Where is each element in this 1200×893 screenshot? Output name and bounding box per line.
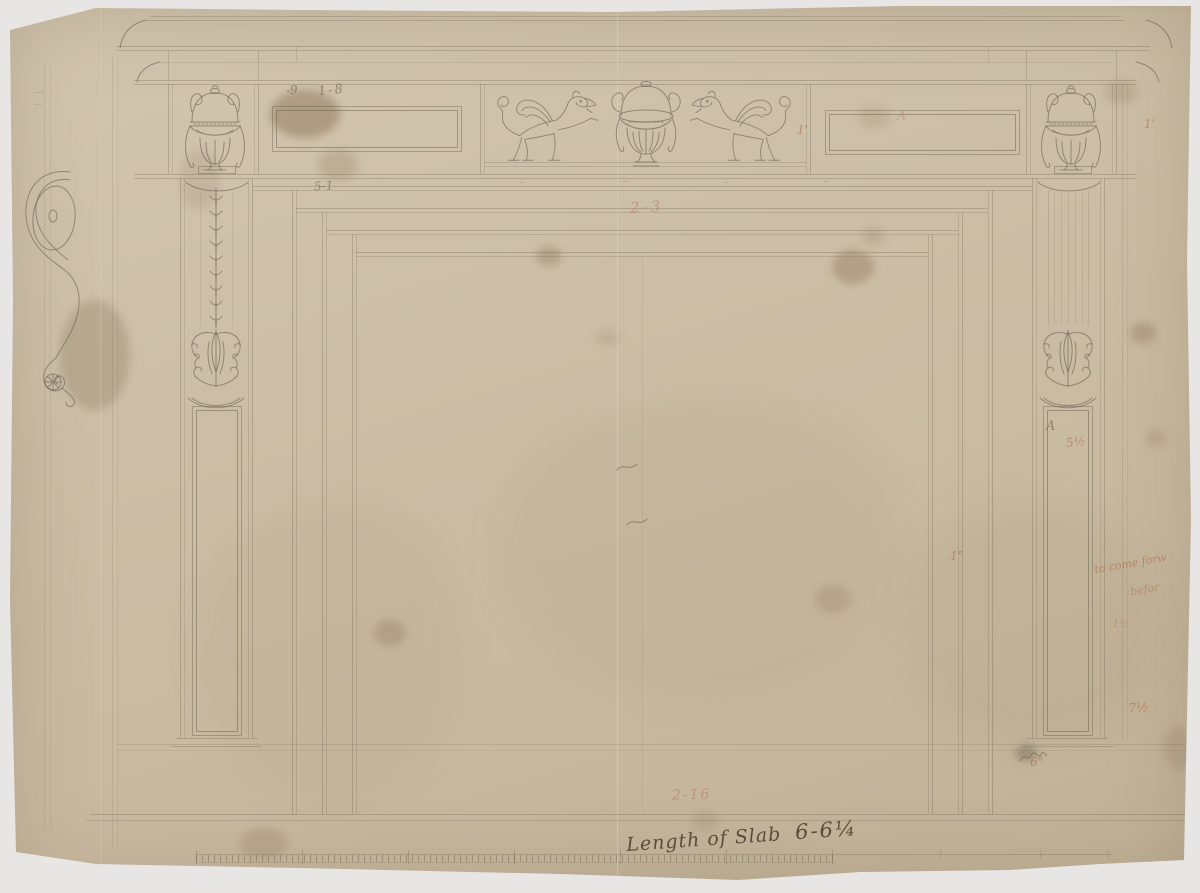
pilaster-panel-right	[1047, 410, 1089, 732]
center-urn-icon	[606, 76, 686, 168]
drawing-line	[832, 850, 833, 864]
drawing-line	[34, 92, 44, 93]
drawing-line	[480, 84, 481, 174]
drawing-line	[326, 234, 958, 235]
pilaster-panel-left	[196, 410, 238, 732]
drawing-line	[992, 190, 993, 814]
drawing-line	[252, 186, 1032, 187]
urn-pedestal-left	[198, 166, 236, 174]
artwork-canvas: -9 1-8 5-1 2-3 1' A 1' A 5½ 1° to come f…	[0, 0, 1200, 893]
drawing-line	[196, 862, 836, 863]
drawing-line	[988, 190, 989, 814]
drawing-line	[622, 181, 627, 182]
annotation-measure: 2-16	[672, 787, 712, 802]
cornice-end-curve-icon	[118, 20, 146, 48]
drawing-line	[184, 178, 185, 738]
annotation-measure: 1'	[797, 124, 808, 136]
frieze-panel-left	[276, 110, 458, 148]
console-scroll-icon	[16, 166, 94, 406]
cornice-end-curve-icon	[1146, 20, 1174, 48]
annotation-measure: 1½	[1112, 618, 1130, 629]
drawing-line	[1054, 192, 1055, 324]
drawing-line	[600, 6, 606, 7]
drawing-line	[302, 850, 303, 864]
drawing-line	[168, 84, 169, 174]
drawing-line	[1048, 190, 1049, 326]
drawing-line	[117, 56, 118, 846]
drawing-line	[1082, 192, 1083, 324]
drawing-line	[170, 746, 262, 747]
drawing-line	[1104, 178, 1105, 738]
drawing-line	[1108, 850, 1109, 860]
drawing-line	[326, 230, 958, 231]
drawing-line	[724, 182, 728, 183]
drawing-line	[1026, 738, 1108, 739]
inscription-value: 6-6¼	[794, 816, 858, 844]
annotation-measure: 5½	[1065, 435, 1085, 449]
drawing-line	[254, 84, 255, 174]
annotation-measure: 1'	[1144, 118, 1155, 130]
drawing-line	[252, 190, 1032, 191]
chimneypiece-elevation-drawing: -9 1-8 5-1 2-3 1' A 1' A 5½ 1° to come f…	[0, 0, 1200, 893]
drawing-line	[112, 56, 113, 846]
drawing-line	[356, 252, 928, 253]
drawing-line	[1100, 178, 1101, 738]
red-squiggle-icon	[615, 460, 639, 474]
drawing-line	[408, 850, 409, 864]
red-squiggle-icon	[625, 515, 649, 529]
drawing-line	[1032, 178, 1033, 738]
drawing-line	[134, 174, 1136, 175]
drawing-line	[86, 820, 1188, 821]
drawing-line	[1026, 50, 1027, 80]
drawing-line	[1061, 192, 1062, 324]
annotation-letter: A	[1046, 420, 1055, 433]
drawing-line	[296, 46, 297, 62]
drawing-line	[116, 744, 1186, 745]
griffin-left-icon	[490, 86, 620, 166]
drawing-line	[988, 46, 989, 62]
drawing-line	[168, 50, 169, 80]
drawing-line	[1068, 192, 1069, 324]
annotation-measure: 6°	[1030, 756, 1044, 768]
pilaster-urn-right-icon	[1036, 84, 1106, 172]
drawing-line	[932, 234, 933, 814]
drawing-line	[180, 178, 181, 738]
paper-sheet: -9 1-8 5-1 2-3 1' A 1' A 5½ 1° to come f…	[0, 0, 1200, 893]
scale-bar-ticks	[196, 855, 836, 862]
drawing-line	[90, 814, 1186, 815]
drawing-line	[326, 212, 327, 814]
annotation-measure: 1°	[950, 550, 964, 562]
drawing-line	[928, 234, 929, 814]
annotation-measure: -9	[285, 84, 298, 97]
drawing-line	[248, 178, 249, 738]
cornice-end-curve-icon	[134, 62, 160, 82]
drawing-line	[520, 182, 524, 183]
drawing-line	[620, 850, 621, 864]
drawing-line	[1112, 84, 1113, 174]
drawing-line	[962, 212, 963, 814]
drawing-line	[1040, 850, 1041, 860]
drawing-line	[1116, 84, 1117, 174]
drawing-line	[514, 850, 515, 864]
drawing-line	[642, 256, 643, 812]
drawing-line	[1075, 192, 1076, 324]
drawing-line	[172, 84, 173, 174]
husk-chain-icon	[204, 188, 228, 328]
drawing-line	[34, 104, 42, 105]
griffin-right-icon	[668, 86, 798, 166]
drawing-line	[200, 192, 201, 326]
annotation-note: befor	[1129, 582, 1160, 598]
drawing-line	[1116, 50, 1117, 80]
drawing-line	[810, 84, 811, 174]
slab-length-inscription: Length of Slab6-6¼	[625, 816, 858, 856]
drawing-line	[292, 190, 293, 814]
pilaster-urn-left-icon	[180, 84, 250, 172]
drawing-line	[322, 212, 323, 814]
drawing-line	[258, 84, 259, 174]
drawing-line	[1030, 84, 1031, 174]
drawing-line	[1022, 746, 1114, 747]
drawing-line	[1026, 84, 1027, 174]
drawing-line	[1127, 84, 1128, 740]
annotation-measure: 1-8	[317, 83, 345, 99]
drawing-line	[232, 192, 233, 326]
drawing-line	[196, 850, 197, 864]
drawing-line	[1122, 84, 1123, 740]
drawing-line	[160, 62, 1112, 63]
drawing-line	[116, 46, 1150, 47]
urn-pedestal-right	[1054, 166, 1092, 174]
drawing-line	[958, 212, 959, 814]
drawing-line	[726, 850, 727, 864]
drawing-line	[1036, 178, 1037, 738]
annotation-measure: 2-3	[630, 199, 664, 216]
drawing-line	[252, 178, 253, 738]
annotation-letter: A	[897, 110, 906, 123]
drawing-line	[484, 84, 485, 174]
drawing-line	[150, 16, 1120, 17]
cornice-end-curve-icon	[1136, 62, 1162, 82]
drawing-line	[176, 738, 258, 739]
drawing-line	[296, 190, 297, 814]
drawing-line	[116, 50, 1150, 51]
drawing-line	[258, 50, 259, 80]
drawing-line	[352, 234, 353, 814]
annotation-measure: 5-1	[314, 179, 334, 192]
drawing-line	[134, 178, 1136, 179]
drawing-line	[940, 850, 941, 860]
drawing-line	[356, 234, 357, 814]
drawing-line	[612, 9, 616, 10]
drawing-line	[1088, 190, 1089, 326]
annotation-measure: 7½	[1127, 701, 1149, 716]
frieze-panel-right	[829, 114, 1016, 151]
acanthus-left-icon	[185, 322, 247, 398]
inscription-label: Length of Slab	[626, 823, 782, 856]
drawing-line	[146, 20, 1124, 21]
drawing-line	[824, 181, 828, 182]
acanthus-right-icon	[1037, 322, 1099, 398]
